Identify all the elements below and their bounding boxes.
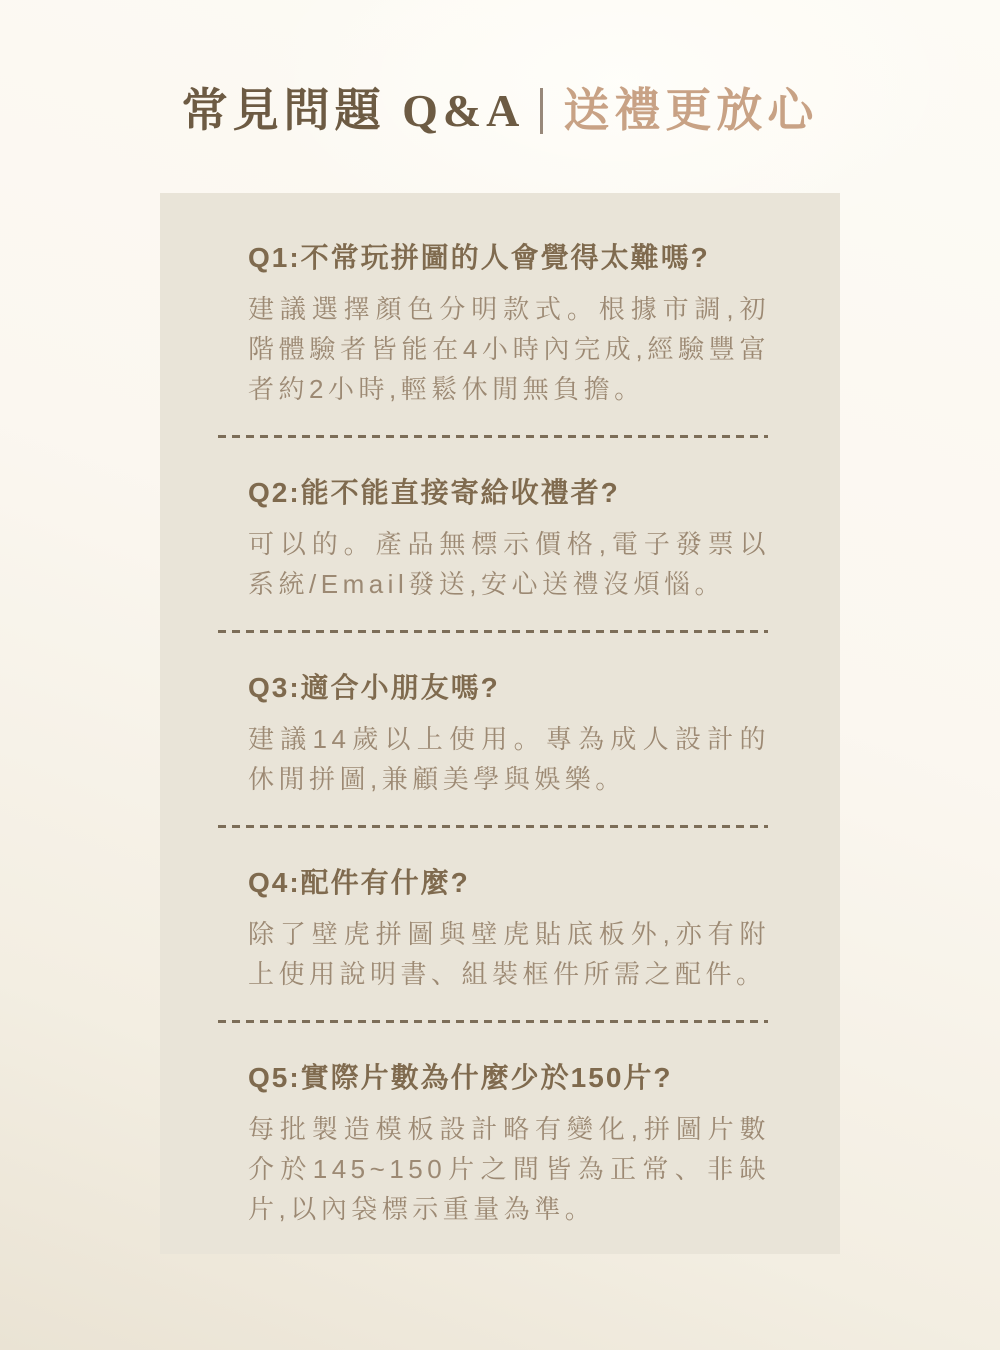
section-divider	[218, 1020, 768, 1023]
faq-question: Q1:不常玩拼圖的人會覺得太難嗎?	[248, 243, 770, 273]
faq-page: 常見問題 Q&A送禮更放心 Q1:不常玩拼圖的人會覺得太難嗎? 建議選擇顏色分明…	[0, 0, 1000, 1254]
page-title-subtitle: 送禮更放心	[563, 85, 818, 136]
faq-question: Q2:能不能直接寄給收禮者?	[248, 478, 770, 508]
faq-answer: 建議14歲以上使用。專為成人設計的休閒拼圖,兼顧美學與娛樂。	[248, 719, 770, 799]
faq-answer: 可以的。產品無標示價格,電子發票以系統/Email發送,安心送禮沒煩惱。	[248, 524, 770, 604]
page-title: 常見問題 Q&A送禮更放心	[0, 0, 1000, 142]
page-title-main: 常見問題 Q&A	[182, 85, 525, 136]
faq-item-q5: Q5:實際片數為什麼少於150片? 每批製造模板設計略有變化,拼圖片數介於145…	[248, 1063, 770, 1229]
faq-item-q4: Q4:配件有什麼? 除了壁虎拼圖與壁虎貼底板外,亦有附上使用說明書、組裝框件所需…	[248, 868, 770, 994]
faq-question: Q5:實際片數為什麼少於150片?	[248, 1063, 770, 1093]
title-divider-bar-icon	[540, 88, 543, 134]
section-divider	[218, 435, 768, 438]
faq-answer: 建議選擇顏色分明款式。根據市調,初階體驗者皆能在4小時內完成,經驗豐富者約2小時…	[248, 289, 770, 409]
faq-item-q1: Q1:不常玩拼圖的人會覺得太難嗎? 建議選擇顏色分明款式。根據市調,初階體驗者皆…	[248, 243, 770, 409]
faq-question: Q4:配件有什麼?	[248, 868, 770, 898]
faq-item-q2: Q2:能不能直接寄給收禮者? 可以的。產品無標示價格,電子發票以系統/Email…	[248, 478, 770, 604]
faq-question: Q3:適合小朋友嗎?	[248, 673, 770, 703]
faq-answer: 每批製造模板設計略有變化,拼圖片數介於145~150片之間皆為正常、非缺片,以內…	[248, 1109, 770, 1229]
faq-answer: 除了壁虎拼圖與壁虎貼底板外,亦有附上使用說明書、組裝框件所需之配件。	[248, 914, 770, 994]
faq-card: Q1:不常玩拼圖的人會覺得太難嗎? 建議選擇顏色分明款式。根據市調,初階體驗者皆…	[160, 193, 840, 1254]
faq-item-q3: Q3:適合小朋友嗎? 建議14歲以上使用。專為成人設計的休閒拼圖,兼顧美學與娛樂…	[248, 673, 770, 799]
section-divider	[218, 825, 768, 828]
section-divider	[218, 630, 768, 633]
